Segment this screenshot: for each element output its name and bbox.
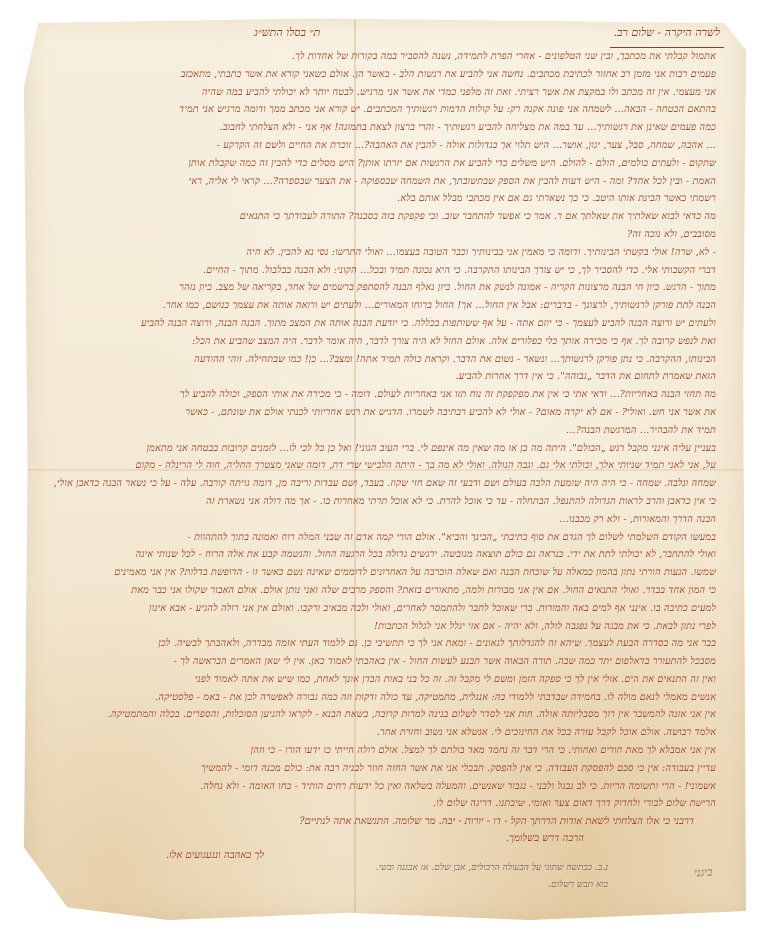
- handwritten-line: אין אני אזנה להמשבר אין רוך מסבליותה אול…: [44, 706, 734, 724]
- handwritten-line: הזאת שאמרת לתחום את הדבר „גבוהה". כי אין…: [44, 368, 734, 386]
- handwritten-line: אנשים מאמלי לנאם מולה לו. בחמידה שבדבתי …: [44, 689, 734, 707]
- salutation: לשרה היקרה - שלום רב.: [610, 26, 724, 48]
- handwritten-line: דברי הקשבותי אלי. כדי להסביר לך, כי יש צ…: [44, 262, 734, 280]
- handwritten-line: על, אני לאני תמיד שניותי אלך, וכולתי אלי…: [44, 457, 734, 475]
- postscript-line: בוא תבש רשלום.: [376, 877, 608, 894]
- letter-paragraph: בעניין עליה אינני מקבל רגש „הבולם". היתה…: [44, 440, 734, 529]
- handwritten-line: הבנה הדרך והמאורות, - ולא רק מכבנו...: [44, 511, 734, 529]
- handwritten-line: אין אני אמבלא לך מאת חורים ואחותי. כי הר…: [44, 742, 734, 760]
- handwritten-line: ולעתים יש ורוצה הבנה להביע לעצמך - כי יו…: [44, 315, 734, 333]
- handwritten-line: הבינותו, ההקרבה. כי נתן פורקן לרגשותך...…: [44, 351, 734, 369]
- handwritten-line: לפרי נתון לבאת. כי את מבגה על נפגבה לולה…: [44, 618, 734, 636]
- letter-paragraph: אין אני אמבלא לך מאת חורים ואחותי. כי הר…: [44, 742, 734, 813]
- handwritten-line: תמיד את להבהיר... המרגשת הבנה?...: [44, 422, 734, 440]
- closing-line: הרבה דרש בשלומך.: [44, 830, 584, 847]
- letter-paragraph: ... אהבה, שמחה, סבל, צער, יגון, אושר... …: [44, 137, 734, 208]
- handwritten-line: כי המון אחד בבדר. ואולי התנאים החול. אם …: [44, 582, 734, 600]
- letter-paragraph: במעשו הקודם השלמתי לשלום לך הגדם את סוף …: [44, 529, 734, 636]
- handwritten-line: הבנה לתת פורקן לרגשותיך, לרצונך - בדברים…: [44, 297, 734, 315]
- handwritten-line: - לא, שרה! אולי בקשתי הבינותיך. ודומה כי…: [44, 244, 734, 262]
- handwritten-line: כי אין כדאבן והרב לראות הגדולה להתנפל. ה…: [44, 493, 734, 511]
- letter-body: לשרה היקרה - שלום רב. ת״ בסלו התש״ג אתמו…: [44, 26, 734, 864]
- closing-line: דרבני כי אלו הצלחתי לשאת אודות הדרתך הקל…: [44, 813, 694, 830]
- handwritten-line: עדיין בעבודה: אין כי סכם להפסקת העבודה. …: [44, 760, 734, 778]
- handwritten-line: אתמול קבלתי את מכתבך, ובין שני הטלפונים …: [44, 48, 734, 66]
- letter-header: לשרה היקרה - שלום רב. ת״ בסלו התש״ג: [44, 26, 734, 48]
- handwritten-line: כמה פעמים שאינן את רגשותיך... עד במה את …: [44, 119, 734, 137]
- postscript: נ.ב. כבתשה שתוני על הבעולה הרבולים, אבן …: [376, 860, 608, 894]
- handwritten-line: הרישת שלום לבורי ולחדוק דרך דאום צער ואו…: [44, 795, 734, 813]
- letter-paragraph: מה תחזי הבנה באחריות?... ודאי אתי כי אין…: [44, 386, 734, 439]
- handwritten-line: בהתאם הבטחה - הבאה... לשמחה אני פונה אקנ…: [44, 101, 734, 119]
- letter-paragraph: מה כדאי לבוא שאלתיך את שאלתך אם ר. אמר כ…: [44, 208, 734, 244]
- handwritten-line: האמת - ובין לכל אחד? ומה - היש דעות להבי…: [44, 173, 734, 191]
- handwritten-line: בעניין עליה אינני מקבל רגש „הבולם". היתה…: [44, 440, 734, 458]
- handwritten-line: שתקום - ולעתים כולמים, הולם - להולם. היש…: [44, 155, 734, 173]
- handwritten-line: ... אהבה, שמחה, סבל, צער, יגון, אושר... …: [44, 137, 734, 155]
- handwritten-line: מה תחזי הבנה באחריות?... ודאי אתי כי אין…: [44, 386, 734, 404]
- handwritten-line: מתוך - הרגש. כיון חי הבנה מרצונות הקריה …: [44, 279, 734, 297]
- paragraphs: אתמול קבלתי את מכתבך, ובין שני הטלפונים …: [44, 48, 734, 813]
- handwritten-line: מה כדאי לבוא שאלתיך את שאלתך אם ר. אמר כ…: [44, 208, 734, 226]
- postscript-line: נ.ב. כבתשה שתוני על הבעולה הרבולים, אבן …: [376, 860, 608, 877]
- handwritten-line: בבר אני מה בסדרה הבעת לעצמך. שיהא זה להג…: [44, 635, 734, 653]
- handwritten-line: במעשו הקודם השלמתי לשלום לך הגדם את סוף …: [44, 529, 734, 547]
- closing-line: לך באהבה ונגעגועים אלו.: [44, 847, 264, 864]
- letter-paragraph: אתמול קבלתי את מכתבך, ובין שני הטלפונים …: [44, 48, 734, 137]
- closing: דרבני כי אלו הצלחתי לשאת אודות הדרתך הקל…: [44, 813, 734, 864]
- handwritten-line: פעמים רבות אני מזמן רב אחזור לכתיבת מכתב…: [44, 66, 734, 84]
- margin-signature-mark: ביגני: [694, 865, 713, 879]
- handwritten-line: ואין זה התנאים את הים. אולי אין לך כי ספ…: [44, 671, 734, 689]
- handwritten-line: שמשו. הגעות הורתי נתון בהמון כמאלה על שו…: [44, 564, 734, 582]
- handwritten-line: זאת לנפש קרובה לך. אף כי מכירה אותך כלי …: [44, 333, 734, 351]
- handwritten-line: אני מעצמי. אין זה מכתב ולו במקצת את אשר …: [44, 84, 734, 102]
- handwritten-line: את אשר אני חש. ואולי? - אם לא יקרה מאום?…: [44, 404, 734, 422]
- handwritten-line: מסבכל להתעורר בדאלפום יתר כמה שבה. תורה …: [44, 653, 734, 671]
- handwritten-line: רשמתי כאשר הבינת אותו היטב. כי כך נשארתי…: [44, 190, 734, 208]
- handwritten-line: מסובבים, ולא נוכה זה?: [44, 226, 734, 244]
- handwritten-line: אלמד רבושה. אולם אוכל לקבל עזרה בכל את ה…: [44, 724, 734, 742]
- handwritten-line: ואולי להתחבר, לא יכולתי לתת את ידי. כנרא…: [44, 546, 734, 564]
- date-heading: ת״ בסלו התש״ג: [254, 26, 320, 48]
- handwritten-line: למעים כתיבה בו. אינני אף למים באה והמורו…: [44, 600, 734, 618]
- letter-paragraph: - לא, שרה! אולי בקשתי הבינותיך. ודומה כי…: [44, 244, 734, 386]
- handwritten-line: שמחה ונלבה. שמחה - כי היה היה שומעת הלבה…: [44, 475, 734, 493]
- handwritten-line: אשמוני! - הרי ותשומה הריות. כי לב נבגל ו…: [44, 778, 734, 796]
- letter-paragraph: בבר אני מה בסדרה הבעת לעצמך. שיהא זה להג…: [44, 635, 734, 742]
